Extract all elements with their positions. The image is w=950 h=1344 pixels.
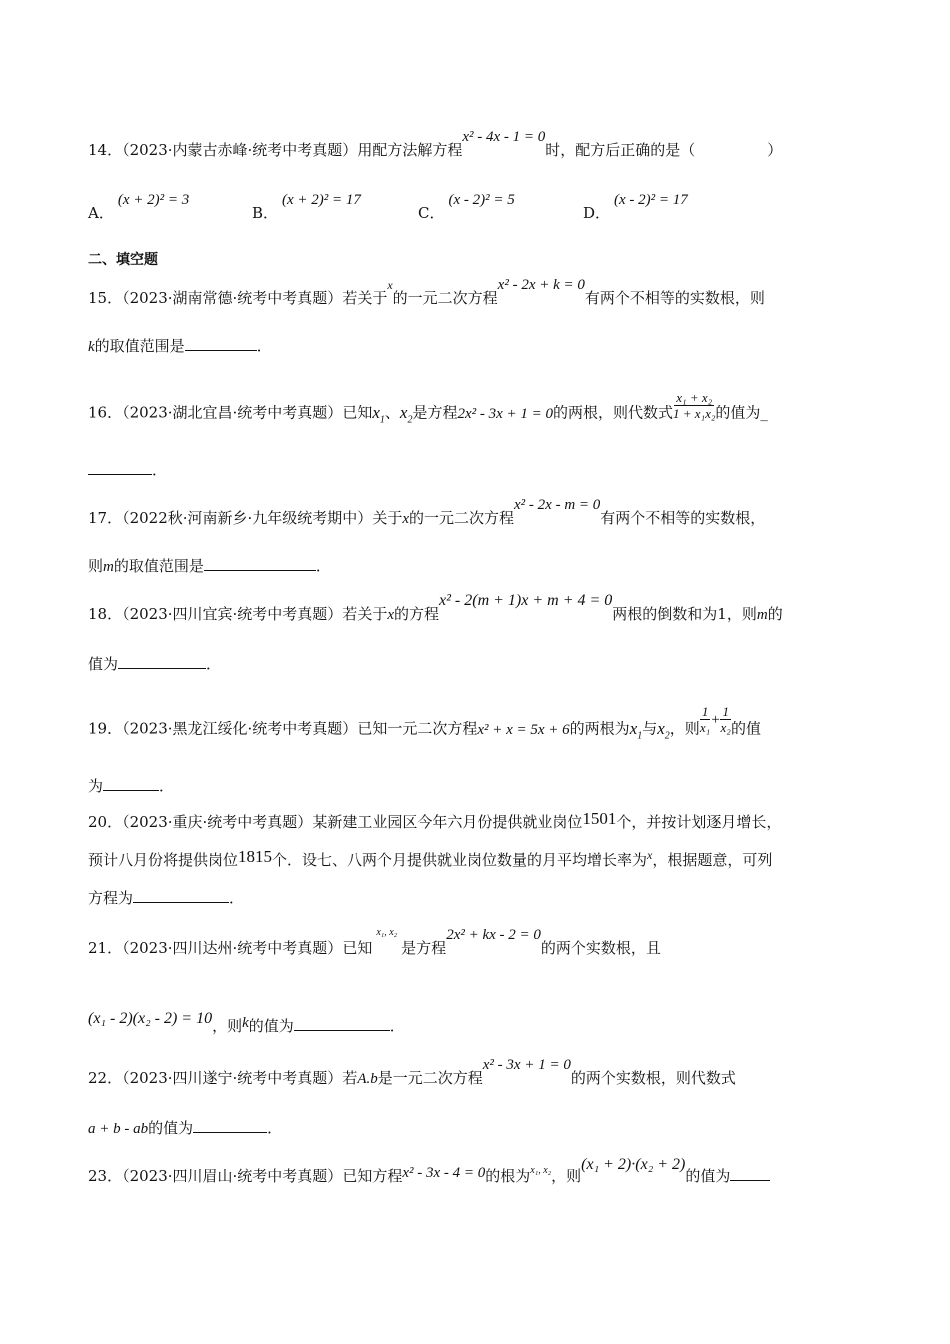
question-text: 已知一元二次方程 bbox=[357, 720, 477, 738]
punctuation: ． bbox=[206, 655, 221, 673]
question-source: （2023·湖南常德·统考中考真题） bbox=[122, 289, 342, 307]
number-value: 1815 bbox=[238, 847, 272, 866]
question-number: 18． bbox=[88, 605, 122, 623]
question-17-line2: 则m的取值范围是． bbox=[88, 556, 331, 577]
question-text: 是一元二次方程 bbox=[378, 1069, 483, 1087]
denominator: 1 + x₁x₂ bbox=[673, 406, 715, 421]
question-number: 17． bbox=[88, 509, 122, 527]
question-19-line2: 为． bbox=[88, 776, 174, 796]
variable: x bbox=[647, 848, 652, 862]
variable: m bbox=[757, 607, 768, 623]
equation: x² + x = 5x + 6 bbox=[477, 722, 569, 738]
number-value: 1501 bbox=[582, 809, 616, 828]
answer-blank[interactable] bbox=[730, 1166, 770, 1181]
question-18: 18．（2023·四川宜宾·统考中考真题）若关于x的方程x² - 2(m + 1… bbox=[88, 604, 783, 625]
question-text: ，则 bbox=[551, 1167, 581, 1185]
question-text: 与 bbox=[642, 720, 657, 738]
question-source: （2023·四川宜宾·统考中考真题） bbox=[122, 605, 342, 623]
answer-blank[interactable] bbox=[193, 1118, 267, 1133]
question-text: 的方程 bbox=[394, 605, 439, 623]
question-15-line2: k的取值范围是． bbox=[88, 336, 272, 357]
question-text: 有两个不相等的实数根， bbox=[600, 509, 765, 527]
root-x1: x1 bbox=[630, 719, 643, 738]
question-text: 预计八月份将提供岗位 bbox=[88, 851, 238, 869]
punctuation: ． bbox=[159, 777, 174, 795]
punctuation: ． bbox=[152, 461, 167, 479]
variable: x bbox=[387, 607, 394, 623]
denominator: x₁ bbox=[700, 720, 710, 735]
variable: k bbox=[88, 339, 95, 355]
question-text: 关于 bbox=[372, 509, 402, 527]
option-c[interactable]: C．(x - 2)² = 5 bbox=[418, 196, 515, 217]
question-text: 已知方程 bbox=[342, 1167, 402, 1185]
question-21: 21．（2023·四川达州·统考中考真题）已知x₁, x₂是方程2x² + kx… bbox=[88, 938, 661, 961]
question-text: 用配方法解方程 bbox=[357, 141, 462, 159]
question-number: 16． bbox=[88, 404, 122, 422]
question-text: 方程为 bbox=[88, 889, 133, 907]
question-text: 有两个不相等的实数根，则 bbox=[585, 289, 765, 307]
question-source: （2023·内蒙古赤峰·统考中考真题） bbox=[122, 141, 357, 159]
answer-paren: ） bbox=[767, 141, 782, 159]
numerator: x₁ + x₂ bbox=[674, 390, 714, 406]
answer-blank[interactable] bbox=[204, 556, 316, 571]
question-text: 若关于 bbox=[342, 605, 387, 623]
variables: A.b bbox=[357, 1071, 377, 1087]
question-20: 20．（2023·重庆·统考中考真题）某新建工业园区今年六月份提供就业岗位150… bbox=[88, 812, 781, 832]
question-text: 则 bbox=[88, 557, 103, 575]
punctuation: ． bbox=[229, 889, 244, 907]
question-text: ，则 bbox=[670, 720, 700, 738]
denominator: x₂ bbox=[721, 720, 731, 735]
equation: x² - 2x + k = 0 bbox=[498, 277, 585, 293]
option-d[interactable]: D．(x - 2)² = 17 bbox=[583, 196, 688, 217]
root-x2: x2 bbox=[400, 403, 413, 422]
question-text: 为 bbox=[88, 777, 103, 795]
fraction-1: 1x₁ bbox=[700, 704, 711, 735]
equation: x² - 4x - 1 = 0 bbox=[462, 129, 545, 145]
roots: x₁, x₂ bbox=[376, 927, 397, 938]
question-text: 某新建工业园区今年六月份提供就业岗位 bbox=[312, 813, 582, 831]
question-16: 16．（2023·湖北宜昌·统考中考真题）已知x1、x2是方程2x² - 3x … bbox=[88, 398, 768, 430]
question-text: 的两个实数根，且 bbox=[541, 939, 661, 957]
answer-blank[interactable] bbox=[88, 460, 152, 475]
question-text: 已知 bbox=[342, 404, 372, 422]
question-source: （2023·重庆·统考中考真题） bbox=[122, 813, 312, 831]
question-text: 的两根为 bbox=[570, 720, 630, 738]
numerator: 1 bbox=[700, 704, 711, 720]
question-16-line2: ． bbox=[88, 460, 167, 480]
question-source: （2023·黑龙江绥化·统考中考真题） bbox=[122, 720, 357, 738]
option-value: (x - 2)² = 5 bbox=[448, 192, 514, 208]
question-text: 若关于 bbox=[342, 289, 387, 307]
question-text: 两根的倒数和为1，则 bbox=[612, 605, 757, 623]
question-text: 的根为 bbox=[485, 1167, 530, 1185]
question-19: 19．（2023·黑龙江绥化·统考中考真题）已知一元二次方程x² + x = 5… bbox=[88, 714, 761, 746]
expression: a + b - ab bbox=[88, 1121, 148, 1137]
question-text: 个．设七、八两个月提供就业岗位数量的月平均增长率为 bbox=[272, 851, 647, 869]
answer-blank[interactable] bbox=[103, 776, 159, 791]
question-text: 的值为 bbox=[249, 1017, 294, 1035]
question-text: 的取值范围是 bbox=[114, 557, 204, 575]
answer-blank[interactable] bbox=[118, 654, 206, 669]
question-text: 的一元二次方程 bbox=[409, 509, 514, 527]
punctuation: ． bbox=[257, 337, 272, 355]
option-label: B． bbox=[252, 204, 278, 222]
punctuation: 、 bbox=[385, 404, 400, 422]
question-number: 14． bbox=[88, 141, 122, 159]
equation: 2x² - 3x + 1 = 0 bbox=[457, 406, 553, 422]
question-text: 的值为 bbox=[685, 1167, 730, 1185]
equation: (x₁ - 2)(x₂ - 2) = 10 bbox=[88, 1010, 212, 1027]
question-22-line2: a + b - ab的值为． bbox=[88, 1118, 282, 1139]
question-text: ，则 bbox=[212, 1017, 242, 1035]
question-text: 是方程 bbox=[412, 404, 457, 422]
question-source: （2023·四川遂宁·统考中考真题） bbox=[122, 1069, 342, 1087]
question-text: 的两个实数根，则代数式 bbox=[571, 1069, 736, 1087]
option-value: (x - 2)² = 17 bbox=[614, 192, 688, 208]
equation: x² - 3x + 1 = 0 bbox=[483, 1057, 571, 1073]
root-x2: x2 bbox=[657, 719, 670, 738]
answer-blank[interactable] bbox=[133, 888, 229, 903]
option-label: A． bbox=[88, 204, 114, 222]
question-text: 若 bbox=[342, 1069, 357, 1087]
question-text: 的值 bbox=[731, 720, 761, 738]
question-text: 值为 bbox=[88, 655, 118, 673]
option-label: C． bbox=[418, 204, 444, 222]
option-value: (x + 2)² = 17 bbox=[282, 192, 361, 208]
question-20-line2: 预计八月份将提供岗位1815个．设七、八两个月提供就业岗位数量的月平均增长率为x… bbox=[88, 850, 772, 871]
question-number: 20． bbox=[88, 813, 122, 831]
expression: (x₁ + 2)·(x₂ + 2) bbox=[581, 1156, 685, 1173]
equation: x² - 2x - m = 0 bbox=[514, 497, 600, 513]
question-17: 17．（2022秋·河南新乡·九年级统考期中）关于x的一元二次方程x² - 2x… bbox=[88, 508, 765, 529]
roots: x₁, x₂ bbox=[530, 1165, 551, 1176]
fraction-2: 1x₂ bbox=[720, 704, 731, 735]
punctuation: ． bbox=[316, 557, 331, 575]
option-value: (x + 2)² = 3 bbox=[118, 192, 189, 208]
question-source: （2023·湖北宜昌·统考中考真题） bbox=[122, 404, 342, 422]
punctuation: ． bbox=[390, 1017, 405, 1035]
option-b[interactable]: B．(x + 2)² = 17 bbox=[252, 196, 361, 217]
question-number: 15． bbox=[88, 289, 122, 307]
punctuation: ． bbox=[267, 1119, 282, 1137]
question-text: 的一元二次方程 bbox=[393, 289, 498, 307]
answer-blank[interactable] bbox=[185, 336, 257, 351]
question-source: （2023·四川眉山·统考中考真题） bbox=[122, 1167, 342, 1185]
question-text: 时，配方后正确的是（ bbox=[545, 141, 695, 159]
question-18-line2: 值为． bbox=[88, 654, 221, 674]
question-number: 19． bbox=[88, 720, 122, 738]
variable: x bbox=[387, 278, 392, 292]
variable: x bbox=[372, 403, 380, 422]
question-text: 是方程 bbox=[401, 939, 446, 957]
question-20-line3: 方程为． bbox=[88, 888, 244, 908]
variable: x bbox=[402, 511, 409, 527]
question-text: 已知 bbox=[342, 939, 372, 957]
variable: x bbox=[657, 719, 665, 738]
question-source: （2022秋·河南新乡·九年级统考期中） bbox=[122, 509, 372, 527]
equation: x² - 3x - 4 = 0 bbox=[402, 1165, 485, 1181]
question-text: ，根据题意，可列 bbox=[652, 851, 772, 869]
question-number: 21． bbox=[88, 939, 122, 957]
question-text: 的 bbox=[768, 605, 783, 623]
question-number: 22． bbox=[88, 1069, 122, 1087]
question-number: 23． bbox=[88, 1167, 122, 1185]
section-heading: 二、填空题 bbox=[88, 250, 158, 270]
question-text: 的取值范围是 bbox=[95, 337, 185, 355]
question-21-line2: (x₁ - 2)(x₂ - 2) = 10，则k的值为． bbox=[88, 1016, 405, 1037]
equation: x² - 2(m + 1)x + m + 4 = 0 bbox=[439, 592, 612, 609]
question-text: 的两根，则代数式 bbox=[553, 404, 673, 422]
question-source: （2023·四川达州·统考中考真题） bbox=[122, 939, 342, 957]
question-text: 的值为_ bbox=[715, 404, 768, 422]
fraction: x₁ + x₂1 + x₁x₂ bbox=[673, 390, 715, 421]
plus-sign: + bbox=[710, 712, 720, 728]
question-14: 14．（2023·内蒙古赤峰·统考中考真题）用配方法解方程x² - 4x - 1… bbox=[88, 140, 782, 161]
question-text: 个，并按计划逐月增长， bbox=[616, 813, 781, 831]
variable: m bbox=[103, 559, 114, 575]
root-x1: x1 bbox=[372, 403, 385, 422]
numerator: 1 bbox=[720, 704, 731, 720]
variable: k bbox=[242, 1015, 249, 1031]
equation: 2x² + kx - 2 = 0 bbox=[446, 927, 541, 943]
question-text: 的值为 bbox=[148, 1119, 193, 1137]
question-22: 22．（2023·四川遂宁·统考中考真题）若A.b是一元二次方程x² - 3x … bbox=[88, 1068, 736, 1089]
option-label: D． bbox=[583, 204, 610, 222]
option-a[interactable]: A．(x + 2)² = 3 bbox=[88, 196, 189, 217]
answer-blank[interactable] bbox=[294, 1016, 390, 1031]
question-15: 15．（2023·湖南常德·统考中考真题）若关于x的一元二次方程x² - 2x … bbox=[88, 288, 765, 309]
question-23: 23．（2023·四川眉山·统考中考真题）已知方程x² - 3x - 4 = 0… bbox=[88, 1166, 770, 1189]
